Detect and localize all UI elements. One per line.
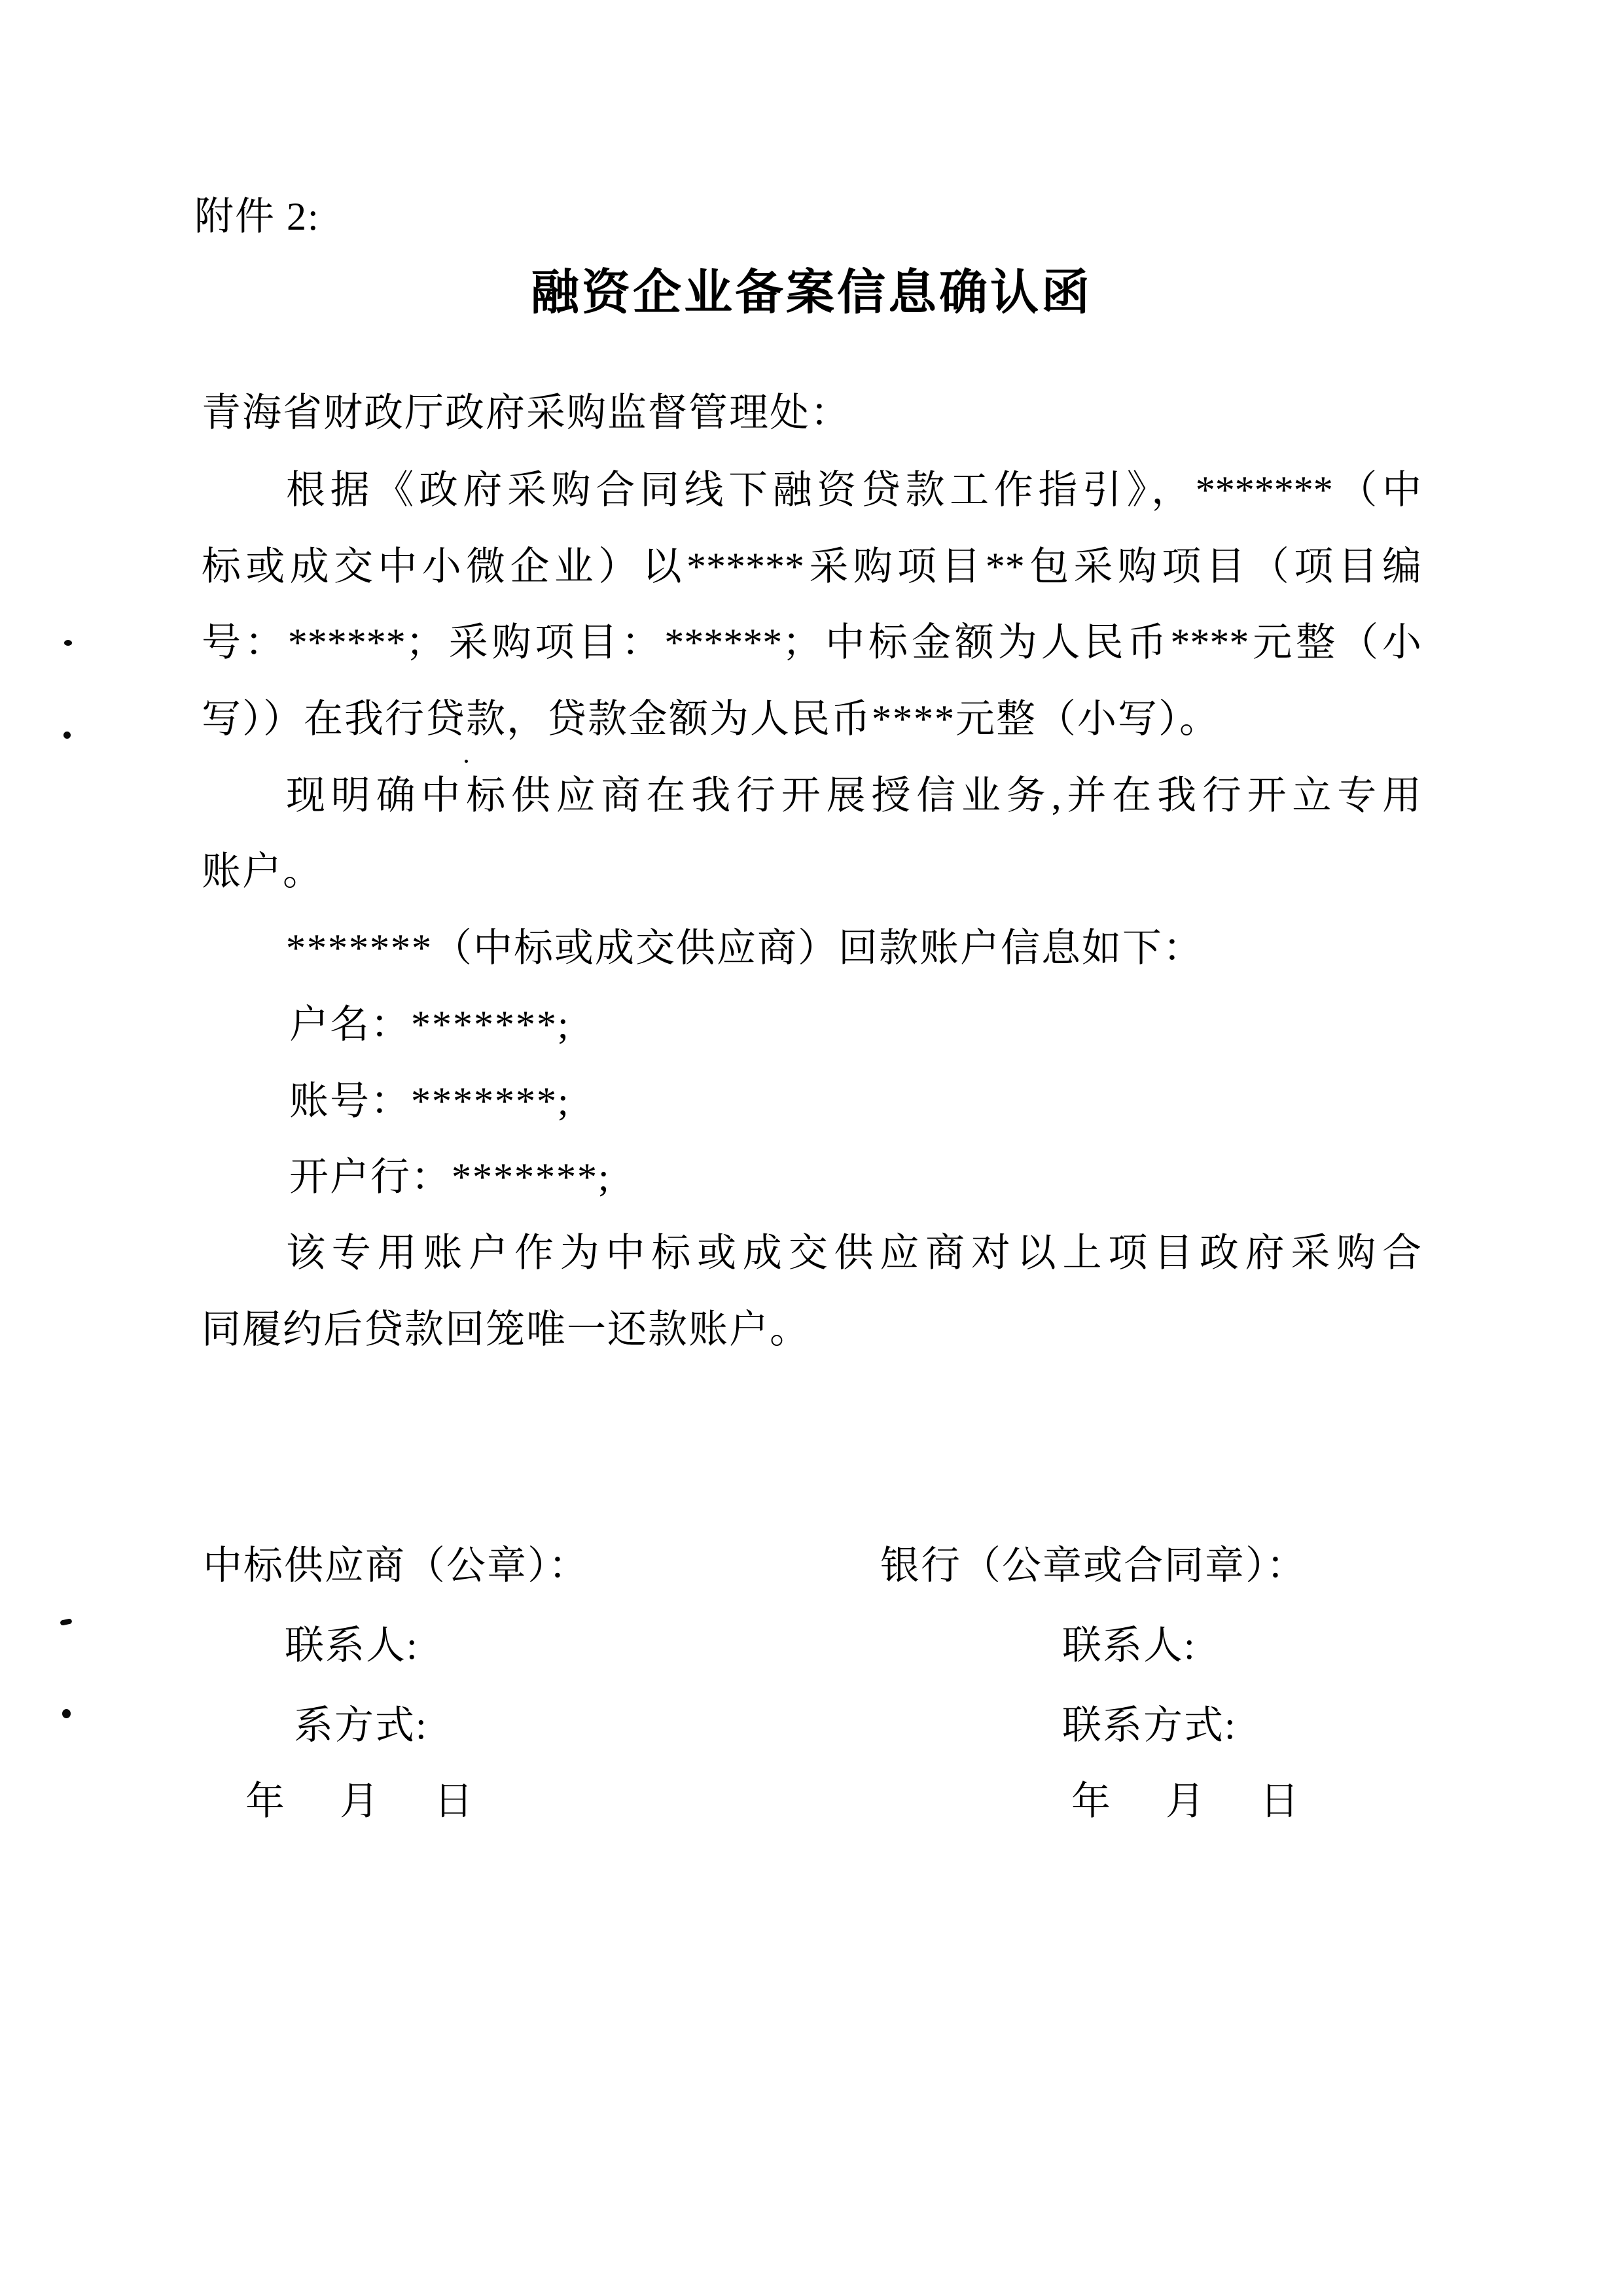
scan-artifact-dot — [63, 732, 71, 739]
attachment-label: 附件 2: — [194, 195, 320, 238]
paragraph-purpose-line-2: 同履约后贷款回笼唯一还款账户。 — [202, 1308, 810, 1351]
document-title: 融资企业备案信息确认函 — [0, 266, 1623, 319]
supplier-date-line: 年 月 日 — [245, 1780, 481, 1823]
account-bank-line: 开户行：*******; — [289, 1156, 611, 1199]
scan-artifact-dot — [465, 760, 468, 763]
paragraph-confirm-line-2: 账户。 — [202, 850, 323, 893]
account-name-line: 户名：*******; — [289, 1003, 570, 1046]
supplier-contact-label: 联系人: — [285, 1624, 419, 1667]
paragraph-basis-line-3: 号：******；采购项目：******；中标金额为人民币****元整（小 — [202, 621, 1421, 664]
bank-seal-label: 银行（公章或合同章）： — [880, 1544, 1307, 1587]
bank-contact-method-label: 联系方式: — [1062, 1704, 1237, 1747]
salutation-line: 青海省财政厅政府采购监督管理处： — [202, 391, 851, 434]
paragraph-basis-line-4: 写））在我行贷款，贷款金额为人民币****元整（小写）。 — [202, 698, 1220, 741]
scan-artifact-dot — [62, 1709, 71, 1718]
scan-artifact-dash — [60, 1618, 72, 1626]
supplier-contact-method-label: 系方式: — [294, 1704, 428, 1747]
bank-date-line: 年 月 日 — [1071, 1780, 1307, 1823]
paragraph-basis-line-2: 标或成交中小微企业）以******采购项目**包采购项目（项目编 — [202, 545, 1421, 588]
bank-contact-label: 联系人: — [1062, 1624, 1196, 1667]
paragraph-confirm-line-1: 现明确中标供应商在我行开展授信业务,并在我行开立专用 — [286, 774, 1421, 817]
paragraph-purpose-line-1: 该专用账户作为中标或成交供应商对以上项目政府采购合 — [286, 1231, 1421, 1275]
document-page: 附件 2: 融资企业备案信息确认函 青海省财政厅政府采购监督管理处： 根据《政府… — [0, 0, 1623, 2296]
scan-artifact-dot — [64, 640, 72, 646]
paragraph-basis-line-1: 根据《政府采购合同线下融资贷款工作指引》，*******（中 — [286, 468, 1421, 512]
supplier-seal-label: 中标供应商（公章）： — [203, 1544, 589, 1587]
account-number-line: 账号：*******; — [289, 1080, 570, 1123]
account-intro-line: *******（中标或成交供应商）回款账户信息如下： — [286, 927, 1204, 970]
